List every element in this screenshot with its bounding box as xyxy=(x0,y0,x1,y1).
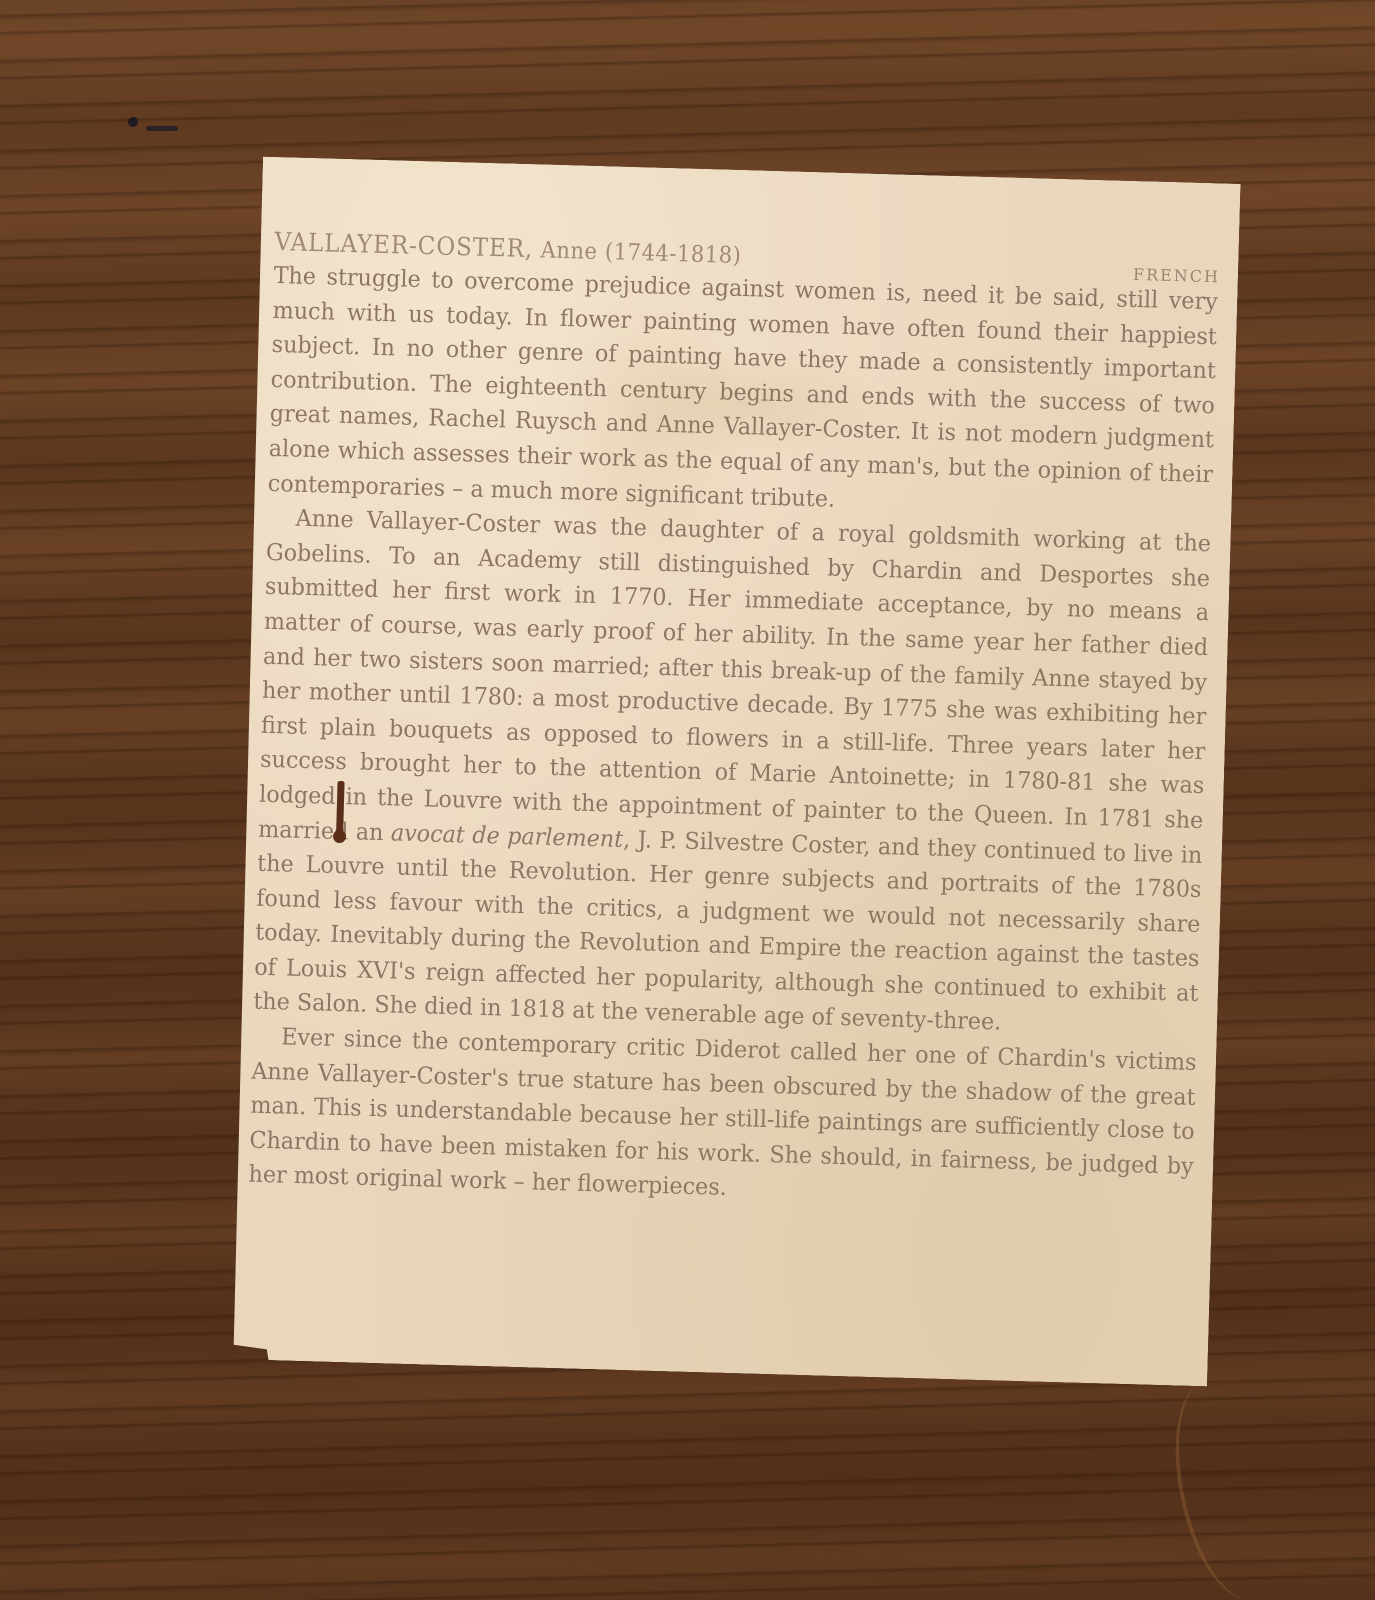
artist-surname: VALLAYER-COSTER, xyxy=(274,227,533,263)
ink-spot xyxy=(128,117,138,127)
biography-text-part1: Anne Vallayer-Coster was the daughter of… xyxy=(258,505,1212,846)
paragraph-intro: The struggle to overcome prejudice again… xyxy=(267,259,1218,527)
paragraph-biography: Anne Vallayer-Coster was the daughter of… xyxy=(253,501,1212,1046)
artist-dates: (1744-1818) xyxy=(605,239,742,269)
paper-label: VALLAYER-COSTER, Anne (1744-1818) FRENCH… xyxy=(229,157,1240,1387)
biography-italic-term: avocat de parlement xyxy=(391,819,624,852)
artist-first-name: Anne xyxy=(540,237,598,265)
drip-stain xyxy=(336,781,345,839)
ink-smear xyxy=(146,126,178,131)
label-text-block: VALLAYER-COSTER, Anne (1744-1818) FRENCH… xyxy=(248,227,1221,1219)
wood-grain-streak xyxy=(1158,1373,1296,1600)
biography-text-part2: , J. P. Silvestre Coster, and they conti… xyxy=(253,825,1203,1036)
wood-knot-mark xyxy=(128,115,186,137)
paragraph-legacy: Ever since the contemporary critic Dider… xyxy=(248,1020,1197,1219)
